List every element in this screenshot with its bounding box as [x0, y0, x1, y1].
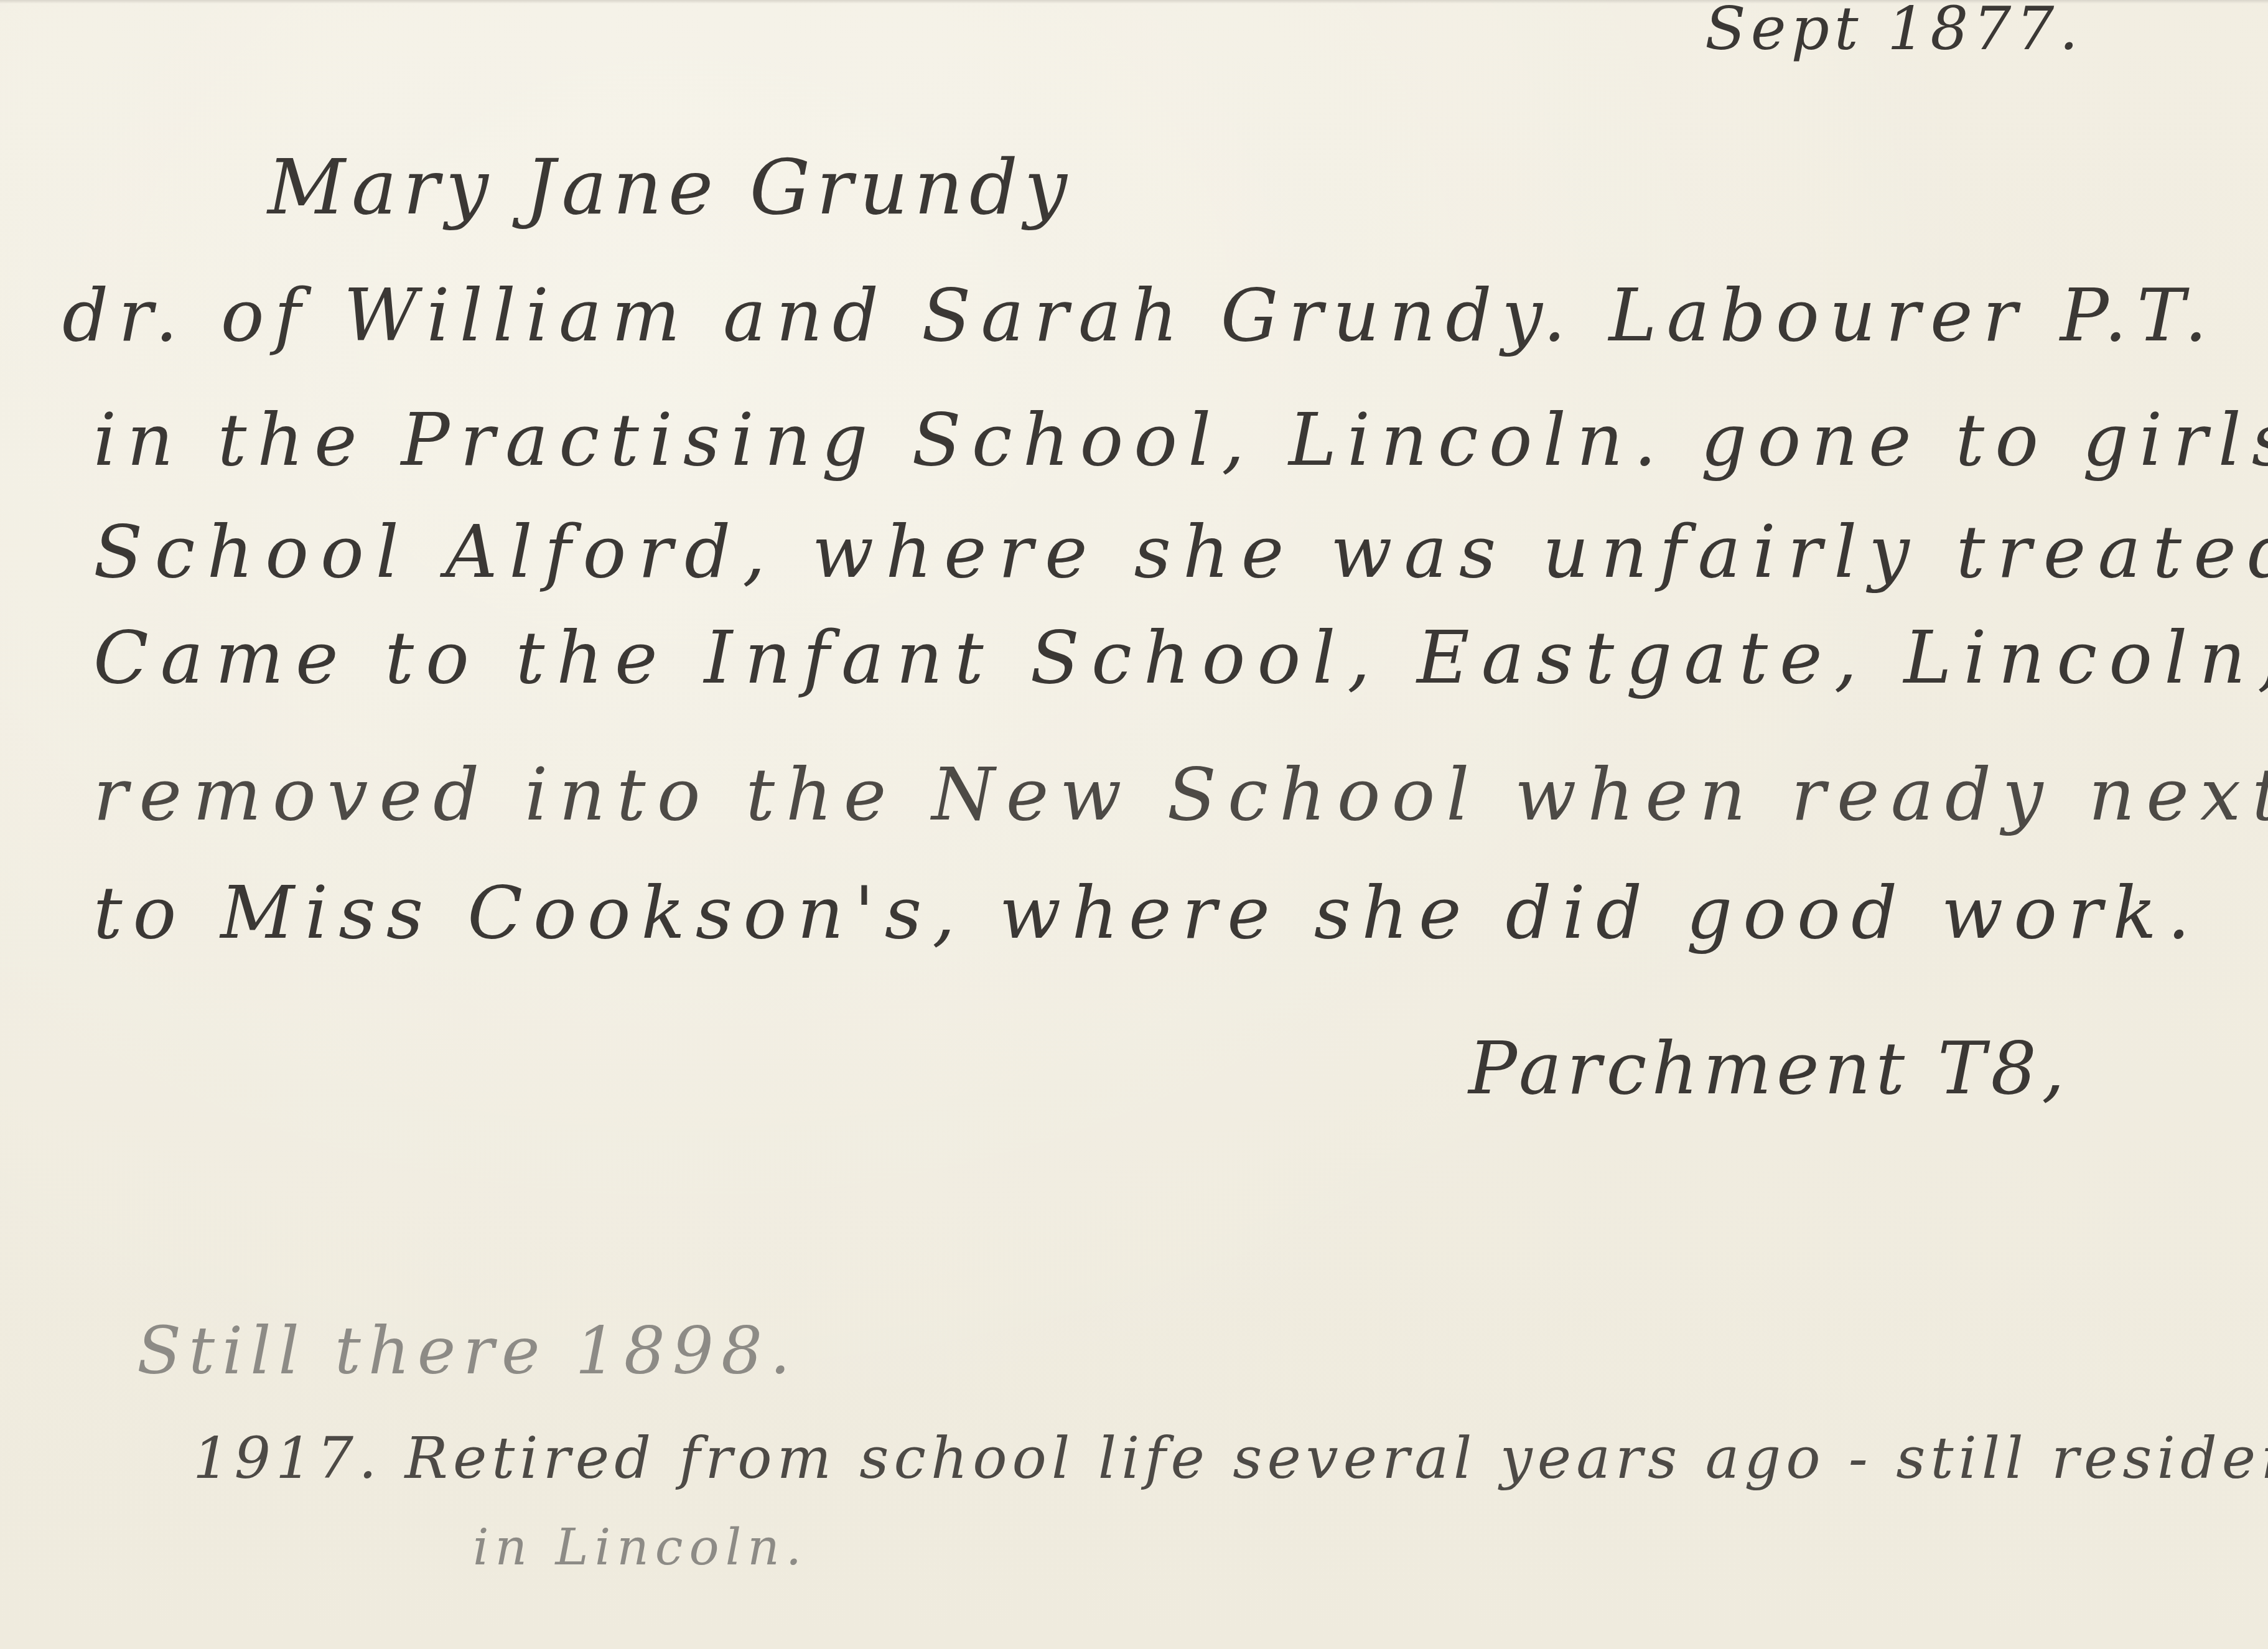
body-line-good-work: to Miss Cookson's, where she did good wo…: [93, 871, 2201, 955]
entry-name: Mary Jane Grundy: [268, 143, 1073, 231]
certificate-note: Parchment T8,: [1468, 1027, 2070, 1111]
body-line-new-school: removed into the New School when ready n…: [93, 753, 2268, 837]
later-note-1917: 1917. Retired from school life several y…: [193, 1425, 2268, 1492]
body-line-parents: dr. of William and Sarah Grundy. Laboure…: [62, 274, 2217, 358]
body-line-infant-school: Came to the Infant School, Eastgate, Lin…: [93, 616, 2268, 700]
date-header: Sept 1877.: [1705, 0, 2083, 63]
body-line-alford: School Alford, where she was unfairly tr…: [93, 510, 2268, 594]
later-note-lincoln: in Lincoln.: [473, 1518, 808, 1576]
register-page: Sept 1877. Mary Jane Grundy dr. of Willi…: [0, 0, 2268, 1649]
body-line-practising-school: in the Practising School, Lincoln. gone …: [93, 398, 2268, 482]
later-note-1898: Still there 1898.: [137, 1313, 798, 1389]
